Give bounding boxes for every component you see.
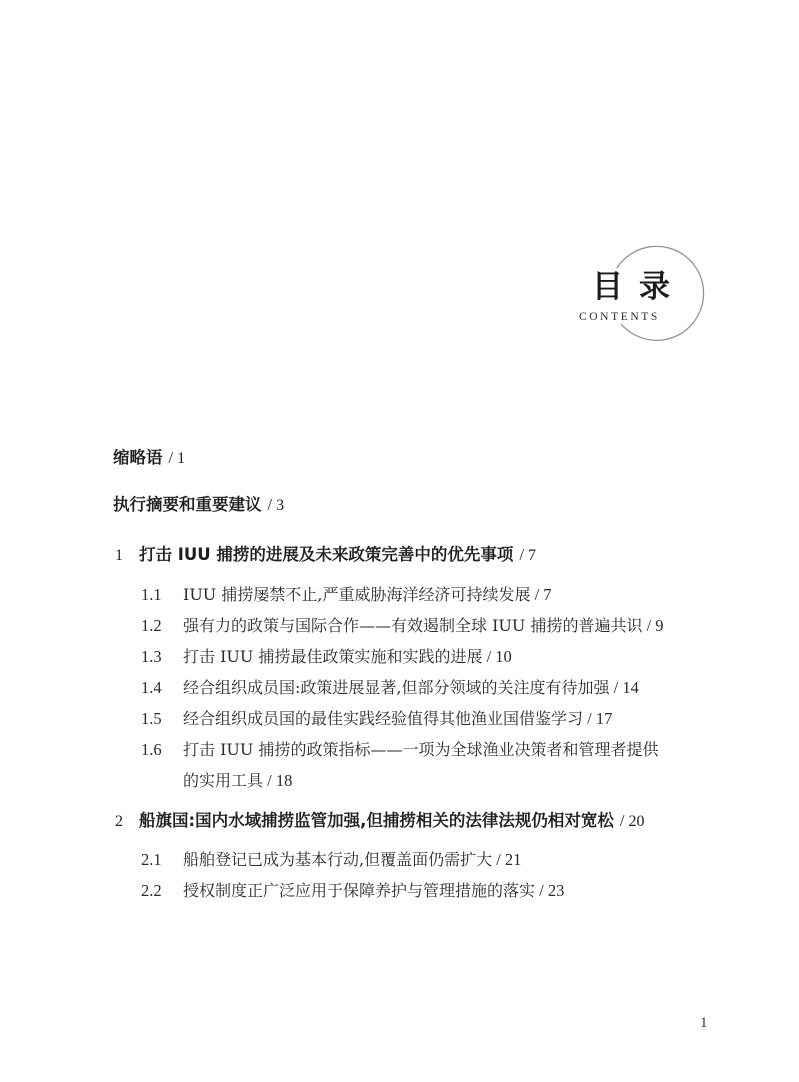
toc-entry-separator: / xyxy=(620,811,625,830)
section-page: / 21 xyxy=(492,850,521,869)
toc-section-1-3[interactable]: 1.3打击 IUU 捕捞最佳政策实施和实践的进展 / 10 xyxy=(141,646,512,668)
chapter-title: 船旗国:国内水域捕捞监管加强,但捕捞相关的法律法规仍相对宽松 xyxy=(139,811,614,830)
toc-entry-separator: / xyxy=(519,545,524,564)
section-title-continued: 的实用工具 xyxy=(183,771,263,790)
section-title: 经合组织成员国的最佳实践经验值得其他渔业国借鉴学习 xyxy=(183,709,583,728)
toc-entry-separator: / xyxy=(169,448,174,467)
toc-section-1-6[interactable]: 1.6打击 IUU 捕捞的政策指标——一项为全球渔业决策者和管理者提供 xyxy=(141,739,658,761)
section-title: 强有力的政策与国际合作——有效遏制全球 IUU 捕捞的普遍共识 xyxy=(183,616,642,635)
toc-section-2-1[interactable]: 2.1船舶登记已成为基本行动,但覆盖面仍需扩大 / 21 xyxy=(141,849,521,871)
toc-entry-title: 缩略语 xyxy=(113,448,163,467)
section-number: 1.2 xyxy=(141,615,183,637)
toc-entry-separator: / xyxy=(268,495,273,514)
toc-entry-page: 3 xyxy=(276,497,284,514)
section-number: 1.5 xyxy=(141,708,183,730)
section-number: 2.2 xyxy=(141,880,183,902)
chapter-number: 1 xyxy=(115,545,139,567)
section-number: 1.1 xyxy=(141,584,183,606)
section-number: 1.4 xyxy=(141,677,183,699)
section-page: / 7 xyxy=(530,585,551,604)
section-title: 打击 IUU 捕捞的政策指标——一项为全球渔业决策者和管理者提供 xyxy=(183,740,658,759)
chapter-page: 20 xyxy=(628,813,644,830)
page-number: 1 xyxy=(700,1015,708,1032)
toc-entry-title: 执行摘要和重要建议 xyxy=(113,495,262,514)
section-number: 1.3 xyxy=(141,646,183,668)
section-title: 船舶登记已成为基本行动,但覆盖面仍需扩大 xyxy=(183,850,492,869)
toc-section-1-2[interactable]: 1.2强有力的政策与国际合作——有效遏制全球 IUU 捕捞的普遍共识 / 9 xyxy=(141,615,664,637)
toc-title-chinese: 目录 xyxy=(592,270,686,304)
section-page: / 10 xyxy=(482,647,511,666)
toc-section-1-6-continued[interactable]: 的实用工具 / 18 xyxy=(183,770,292,792)
section-page: / 17 xyxy=(583,709,612,728)
toc-chapter-2[interactable]: 2船旗国:国内水域捕捞监管加强,但捕捞相关的法律法规仍相对宽松/20 xyxy=(115,810,644,833)
chapter-title: 打击 IUU 捕捞的进展及未来政策完善中的优先事项 xyxy=(139,545,513,564)
toc-title-english: CONTENTS xyxy=(579,310,660,324)
decorative-circle-icon xyxy=(0,0,799,1082)
section-number: 2.1 xyxy=(141,849,183,871)
toc-chapter-1[interactable]: 1打击 IUU 捕捞的进展及未来政策完善中的优先事项/7 xyxy=(115,544,536,567)
toc-entry-page: 1 xyxy=(177,450,185,467)
toc-entry-abbreviations[interactable]: 缩略语/1 xyxy=(113,447,185,470)
toc-section-2-2[interactable]: 2.2授权制度正广泛应用于保障养护与管理措施的落实 / 23 xyxy=(141,880,564,902)
section-number: 1.6 xyxy=(141,739,183,761)
section-title: 经合组织成员国:政策进展显著,但部分领域的关注度有待加强 xyxy=(183,678,609,697)
toc-entry-executive-summary[interactable]: 执行摘要和重要建议/3 xyxy=(113,494,284,517)
section-page: / 23 xyxy=(535,881,564,900)
toc-section-1-1[interactable]: 1.1IUU 捕捞屡禁不止,严重威胁海洋经济可持续发展 / 7 xyxy=(141,584,552,606)
section-page: / 9 xyxy=(642,616,663,635)
section-title: 打击 IUU 捕捞最佳政策实施和实践的进展 xyxy=(183,647,482,666)
chapter-page: 7 xyxy=(528,547,536,564)
section-page: / 18 xyxy=(263,771,292,790)
toc-section-1-4[interactable]: 1.4经合组织成员国:政策进展显著,但部分领域的关注度有待加强 / 14 xyxy=(141,677,639,699)
section-page: / 14 xyxy=(609,678,638,697)
section-title: 授权制度正广泛应用于保障养护与管理措施的落实 xyxy=(183,881,535,900)
section-title: IUU 捕捞屡禁不止,严重威胁海洋经济可持续发展 xyxy=(183,585,530,604)
toc-section-1-5[interactable]: 1.5经合组织成员国的最佳实践经验值得其他渔业国借鉴学习 / 17 xyxy=(141,708,612,730)
chapter-number: 2 xyxy=(115,811,139,833)
